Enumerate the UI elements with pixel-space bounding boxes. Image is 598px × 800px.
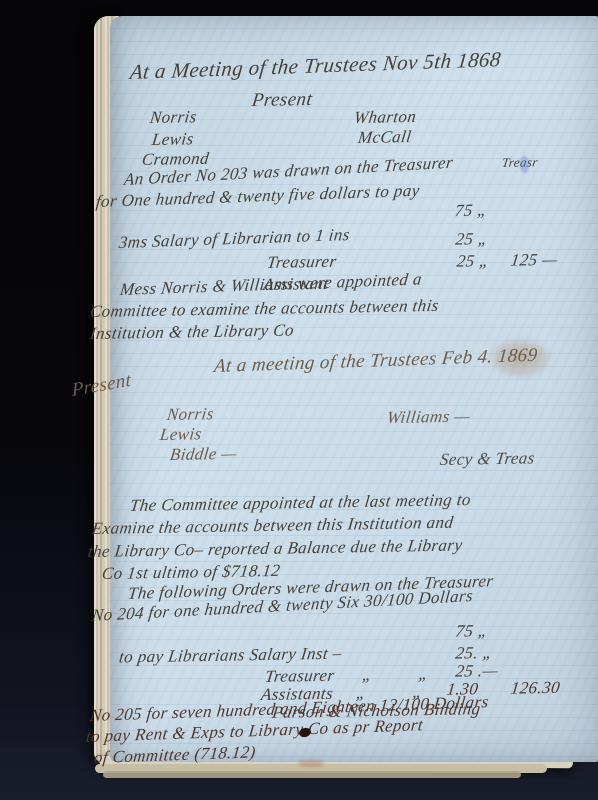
minutes-line: The Committee appointed at the last meet… [129, 490, 472, 516]
manuscript-page: At a Meeting of the Trustees Nov 5th 186… [110, 16, 598, 762]
attendee-name: Biddle — [169, 444, 238, 465]
attendee-name: McCall [357, 127, 413, 148]
minutes-line: Institution & the Library Co [89, 320, 295, 344]
blue-ink-mark [520, 156, 529, 173]
meeting-heading-nov-1868: At a Meeting of the Trustees Nov 5th 186… [129, 47, 502, 85]
account-row-amount: 25 „ [454, 229, 489, 250]
account-row-total: 126.30 [510, 678, 562, 699]
account-row-amount: 75 „ [454, 200, 488, 221]
attendee-name: Lewis [151, 129, 195, 150]
attendee-name: Lewis [159, 424, 203, 445]
attendee-name: Williams — [386, 407, 471, 428]
present-label: Present [251, 89, 314, 112]
account-row-amount: 25 „ [456, 251, 491, 272]
attendee-name: Norris [166, 404, 215, 425]
photo-background: At a Meeting of the Trustees Nov 5th 186… [0, 0, 598, 800]
minutes-line: Examine the accounts between this Instit… [91, 513, 455, 539]
attendee-name: Wharton [353, 107, 418, 128]
officer-role: Secy & Treas [439, 448, 536, 470]
account-row-total: 125 — [510, 250, 559, 271]
attendee-name: Norris [149, 107, 198, 128]
paper-spot [298, 760, 324, 767]
account-row-amount: 75 „ [454, 621, 489, 642]
minutes-line: the Library Co– reported a Balance due t… [87, 535, 464, 562]
